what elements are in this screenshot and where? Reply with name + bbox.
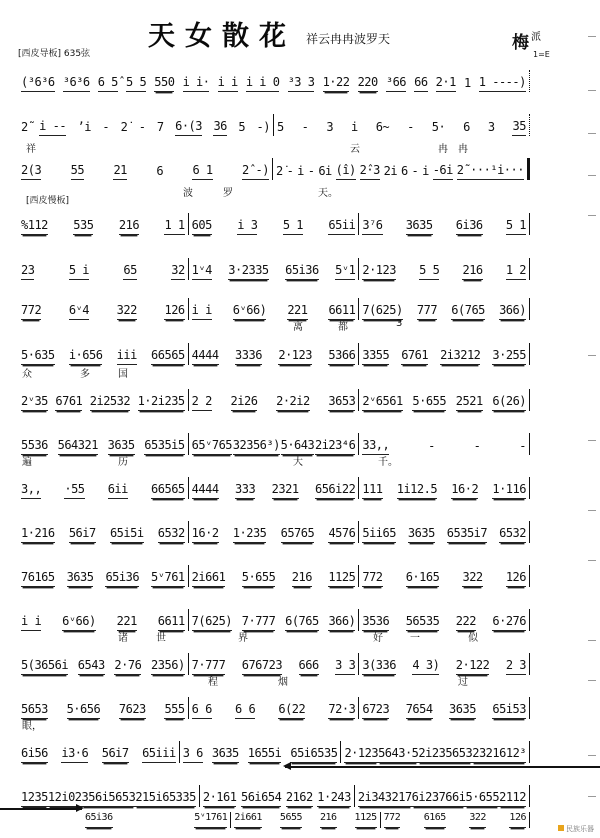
barline bbox=[529, 565, 530, 587]
note-group: 1 ----) bbox=[479, 75, 526, 92]
note-group: 2i661 bbox=[192, 570, 226, 587]
note-group: 65i36 bbox=[105, 570, 139, 587]
measure: 605i 35 165ii bbox=[188, 213, 359, 235]
lyric-char: 烟 bbox=[278, 673, 288, 688]
note-group: 1235 bbox=[21, 790, 48, 807]
note-group: i bbox=[297, 164, 304, 180]
note-group: 2i343217 bbox=[358, 790, 412, 807]
note-group: 2·161 bbox=[203, 790, 237, 807]
note-group: 65iii bbox=[142, 746, 176, 763]
margin-tick bbox=[588, 510, 596, 511]
note-group: 16·2 bbox=[451, 482, 478, 499]
repeat-arrow-left-icon bbox=[285, 766, 600, 768]
margin-tick bbox=[588, 133, 596, 134]
measure: 65i365ᵛ1761 bbox=[82, 812, 230, 828]
measure: 123512i02356i5653215i65335 bbox=[18, 785, 199, 807]
note-group: 76165 bbox=[21, 570, 55, 587]
note-group: 605 bbox=[192, 218, 212, 235]
note-group: 2̇ bbox=[121, 120, 128, 136]
lyric-char: 云 bbox=[350, 140, 360, 155]
notation-line: 2(3552166 12̂ -)2̇-i-6i(î)2̂·32i6-i-6i2̃… bbox=[18, 158, 530, 180]
note-group: 3,, bbox=[21, 482, 41, 499]
note-group: 23 bbox=[21, 263, 34, 280]
measure: 7·7776767236663 3 bbox=[188, 653, 359, 675]
note-group: 65ii bbox=[328, 218, 355, 235]
note-group: - bbox=[302, 120, 309, 136]
repeat-arrow-right-icon bbox=[0, 808, 82, 810]
lyric-char: 冉 bbox=[438, 140, 448, 155]
note-group: i bbox=[422, 164, 429, 180]
note-group: 2·1 bbox=[436, 75, 456, 92]
barline bbox=[529, 298, 530, 320]
notation-line: 2ᵛ3567612i25321·2i2352 22i262·2i236532ᵛ6… bbox=[18, 389, 530, 411]
note-group: 6 bbox=[156, 164, 163, 180]
lyric-char: 都 bbox=[338, 318, 348, 333]
measure: 5-3i6~-5·6335 bbox=[273, 114, 529, 136]
note-group: iii bbox=[117, 348, 137, 365]
lyric-char: 界 bbox=[238, 629, 248, 644]
measure: 2i66156552161125 bbox=[230, 812, 379, 828]
measure: 56535·6567623555 bbox=[18, 697, 188, 719]
barline bbox=[529, 343, 530, 365]
note-group: 3355 bbox=[362, 348, 389, 365]
note-group: 1 2 bbox=[506, 263, 526, 280]
note-group: 5 5 bbox=[419, 263, 439, 280]
note-group: 32 bbox=[171, 263, 184, 280]
note-group: 6532 bbox=[499, 526, 526, 543]
notation-line: (³6³6³6³66 5̂5 5550i i·i ii i 0³3 31·222… bbox=[18, 70, 530, 92]
note-group: 772 bbox=[362, 570, 382, 587]
note-group: 1125 bbox=[355, 811, 377, 828]
lyric-char: 3 bbox=[396, 318, 402, 329]
note-group: 3635 bbox=[67, 570, 94, 587]
note-group: 216 bbox=[292, 570, 312, 587]
note-group: 2·123 bbox=[362, 263, 396, 280]
notation-line: 76165363565i365ᵛ7612i6615·65521611257726… bbox=[18, 565, 530, 587]
barline bbox=[529, 213, 530, 235]
notation-line: 553656432136356535i565ᵛ76532356³)5·6432i… bbox=[18, 433, 530, 455]
note-group: 2̂ -) bbox=[242, 163, 269, 180]
note-group: 2̃ ···¹i··· bbox=[457, 163, 524, 180]
barline bbox=[529, 812, 530, 828]
barline bbox=[529, 70, 530, 92]
measure: 3(3364 3)2·1222 3 bbox=[358, 653, 529, 675]
note-group: 6761 bbox=[55, 394, 82, 411]
barline bbox=[529, 697, 530, 719]
measure: 1·21656i765i5i6532 bbox=[18, 521, 188, 543]
note-group: 6761 bbox=[401, 348, 428, 365]
note-group: 1 1 bbox=[164, 218, 184, 235]
note-group: 1·116 bbox=[492, 482, 526, 499]
margin-tick bbox=[588, 680, 596, 681]
measure: 235 i6532 bbox=[18, 258, 188, 280]
note-group: 5ᵛ1 bbox=[335, 263, 355, 280]
lyric-char: 多 bbox=[80, 365, 90, 380]
note-group: 2·123 bbox=[344, 746, 378, 763]
measure: 444433362·1235366 bbox=[188, 343, 359, 365]
note-group: ³3 3 bbox=[288, 75, 315, 92]
note-group: 6532 bbox=[158, 526, 185, 543]
measure: 2·16156i65421621·243 bbox=[199, 785, 354, 807]
measure: 2·1235 52161 2 bbox=[358, 258, 529, 280]
measure: 2 22i262·2i23653 bbox=[188, 389, 359, 411]
note-group: 5 i bbox=[69, 263, 89, 280]
measure: 7(625)7·7776(765366) bbox=[188, 609, 359, 631]
note-group: 5·635 bbox=[21, 348, 55, 365]
notation-line: 7726ᵛ4322126i i6ᵛ66)22166117(625)7776(76… bbox=[18, 298, 530, 320]
note-group: 55 bbox=[71, 163, 84, 180]
measure: 16·21·235657654576 bbox=[188, 521, 359, 543]
notation-line: 5(3656i65432·762356)7·7776767236663 33(3… bbox=[18, 653, 530, 675]
lyric-char: 波 bbox=[183, 184, 193, 199]
note-group: 6 1 bbox=[192, 163, 212, 180]
note-group: ³6³6 bbox=[63, 75, 90, 92]
note-group: 333 bbox=[235, 482, 255, 499]
margin-tick bbox=[588, 796, 596, 797]
note-group: 2i26 bbox=[231, 394, 258, 411]
note-group: i bbox=[351, 120, 358, 136]
measure: 6 66 66(2272·3 bbox=[188, 697, 359, 719]
note-group: 1·216 bbox=[21, 526, 55, 543]
barline bbox=[529, 741, 530, 763]
note-group: 216 bbox=[320, 811, 337, 828]
measure: i i6ᵛ66)2216611 bbox=[18, 609, 188, 631]
lyric-char: 祥 bbox=[26, 140, 36, 155]
barline bbox=[529, 609, 530, 631]
note-group: 4576 bbox=[328, 526, 355, 543]
note-group: 2321612³ bbox=[472, 746, 526, 763]
note-group: - bbox=[412, 164, 419, 180]
note-group: 2112 bbox=[499, 790, 526, 807]
note-group: 35 bbox=[512, 119, 525, 136]
note-group: - bbox=[287, 164, 294, 180]
note-group: 5655 bbox=[280, 811, 302, 828]
lyric-char: 众 bbox=[22, 365, 32, 380]
lyric-char: 一 bbox=[410, 629, 420, 644]
measure: 7726ᵛ4322126 bbox=[18, 298, 188, 320]
note-group: 126 bbox=[509, 811, 526, 828]
note-group: 2̃ bbox=[21, 120, 28, 136]
note-group: 356i5653 bbox=[82, 790, 136, 807]
note-group: 656i22 bbox=[315, 482, 355, 499]
barline bbox=[529, 785, 530, 807]
key-signature: 1=E bbox=[533, 50, 550, 59]
note-group: 216 bbox=[119, 218, 139, 235]
note-group: 6i bbox=[318, 164, 331, 180]
note-group: 65i5i bbox=[110, 526, 144, 543]
note-group: i 3 bbox=[237, 218, 257, 235]
notation-line: 1·21656i765i5i653216·21·2356576545765ii6… bbox=[18, 521, 530, 543]
note-group: ʼi bbox=[78, 120, 91, 136]
margin-tick bbox=[588, 90, 596, 91]
measure: 1111i12.516·21·116 bbox=[358, 477, 529, 499]
note-group: 2̂·3 bbox=[360, 163, 380, 180]
note-group: (î) bbox=[336, 163, 356, 180]
lyric-char: 大 bbox=[293, 453, 303, 468]
lyrics-line: 程烟过 bbox=[18, 673, 538, 687]
note-group: 5 1 bbox=[506, 218, 526, 235]
note-group: 5ᵛ761 bbox=[151, 570, 185, 587]
note-group: %112 bbox=[21, 218, 48, 235]
note-group: 1ᵛ4 bbox=[192, 263, 212, 280]
note-group: i i bbox=[218, 75, 238, 92]
note-group: 1125 bbox=[328, 570, 355, 587]
note-group: 2·123 bbox=[278, 348, 312, 365]
measure: 1ᵛ43·233565i365ᵛ1 bbox=[188, 258, 359, 280]
note-group: 66565 bbox=[151, 348, 185, 365]
watermark: 民族乐器 bbox=[558, 824, 594, 834]
barline bbox=[529, 433, 530, 455]
measure: 3 636351655i65i6535 bbox=[179, 741, 341, 763]
note-group: 1655i bbox=[248, 746, 282, 763]
note-group: 220 bbox=[358, 75, 378, 92]
note-group: 65 bbox=[123, 263, 136, 280]
note-group: 772 bbox=[384, 811, 401, 828]
note-group: i·656 bbox=[69, 348, 103, 365]
watermark-text: 民族乐器 bbox=[566, 825, 594, 833]
note-group: 6·165 bbox=[406, 570, 440, 587]
note-group: ³66 bbox=[386, 75, 406, 92]
note-group: -) bbox=[257, 120, 270, 136]
note-group: 6535i7 bbox=[447, 526, 487, 543]
note-group: 2(3 bbox=[21, 163, 41, 180]
lyric-char: 历 bbox=[118, 453, 128, 468]
lyric-char: 离 bbox=[293, 318, 303, 333]
note-group: 65i36 bbox=[85, 811, 113, 828]
note-group: 2 2 bbox=[192, 394, 212, 411]
note-group: 3⁷6 bbox=[362, 218, 382, 235]
measure: 2ᵛ3567612i25321·2i235 bbox=[18, 389, 188, 411]
measure: 3,,·556ii66565 bbox=[18, 477, 188, 499]
note-group: 6 5̂ bbox=[98, 75, 118, 92]
score-subtitle: 祥云冉冉波罗天 bbox=[306, 30, 390, 47]
note-group: 2i235653 bbox=[418, 746, 472, 763]
barline bbox=[529, 477, 530, 499]
note-group: 6~ bbox=[376, 120, 389, 136]
note-group: 65i6535 bbox=[290, 746, 337, 763]
measure: 335567612i32123·255 bbox=[358, 343, 529, 365]
barline bbox=[529, 114, 530, 136]
measure: 2·1235643·52i2356532321612³ bbox=[340, 741, 529, 763]
note-group: 550 bbox=[154, 75, 174, 92]
measure: 65ᵛ76532356³)5·6432i23⁴6 bbox=[188, 433, 359, 455]
measure: 7726165322126 bbox=[380, 812, 529, 828]
note-group: 1·2i235 bbox=[138, 394, 185, 411]
note-group: 535 bbox=[73, 218, 93, 235]
note-group: 36 bbox=[213, 119, 226, 136]
barline bbox=[529, 653, 530, 675]
note-group: 1·235 bbox=[233, 526, 267, 543]
margin-tick bbox=[588, 640, 596, 641]
note-group: 4444 bbox=[192, 482, 219, 499]
lyric-char: 程 bbox=[208, 673, 218, 688]
note-group: 3635 bbox=[212, 746, 239, 763]
note-group: 111 bbox=[362, 482, 382, 499]
note-group: 3635 bbox=[408, 526, 435, 543]
note-group: 21 bbox=[113, 163, 126, 180]
note-group: 2ᵛ6561 bbox=[362, 394, 402, 411]
note-group: 56i654 bbox=[241, 790, 281, 807]
note-group: 6(26) bbox=[492, 394, 526, 411]
lyric-char: 眼， bbox=[22, 717, 42, 732]
margin-tick bbox=[588, 36, 596, 37]
note-group: 3 bbox=[326, 120, 333, 136]
note-group: 2·2i2 bbox=[276, 394, 310, 411]
lyric-char: 千。 bbox=[378, 453, 398, 468]
margin-tick bbox=[588, 355, 596, 356]
measure: 33,,--- bbox=[358, 433, 529, 455]
notation-line: i i6ᵛ66)22166117(625)7·7776(765366)35365… bbox=[18, 609, 530, 631]
note-group: 5·655 bbox=[465, 790, 499, 807]
measure: 3536565352226·276 bbox=[358, 609, 529, 631]
note-group: 5 1 bbox=[283, 218, 303, 235]
note-group: 6ii bbox=[108, 482, 128, 499]
note-group: 6165 bbox=[424, 811, 446, 828]
note-group: 2321 bbox=[272, 482, 299, 499]
notation-line: 235 i65321ᵛ43·233565i365ᵛ12·1235 52161 2 bbox=[18, 258, 530, 280]
measure: %1125352161 1 bbox=[18, 213, 188, 235]
note-group: 6i36 bbox=[456, 218, 483, 235]
barline bbox=[527, 158, 530, 180]
note-group: - bbox=[102, 120, 109, 136]
notation-line: 5·635i·656iii66565444433362·123536633556… bbox=[18, 343, 530, 365]
note-group: 6·(3 bbox=[175, 119, 202, 136]
measure: 3⁷636356i365 1 bbox=[358, 213, 529, 235]
note-group: -6i bbox=[433, 163, 453, 180]
measure: 2(3552166 12̂ -) bbox=[18, 158, 272, 180]
measure: 7(625)7776(765366) bbox=[358, 298, 529, 320]
note-group: 322 bbox=[462, 570, 482, 587]
measure: (³6³6³6³66 5̂5 5550i i·i ii i 0³3 31·222… bbox=[18, 70, 529, 92]
measure: 67237654363565i53 bbox=[358, 697, 529, 719]
lyrics-line: 波罗天。 bbox=[18, 184, 538, 198]
note-group: 3635 bbox=[406, 218, 433, 235]
note-group: 65i36 bbox=[285, 263, 319, 280]
note-group: i -- bbox=[39, 119, 66, 136]
notation-line: 65i365ᵛ17612i661565521611257726165322126 bbox=[82, 812, 530, 828]
measure: 76165363565i365ᵛ761 bbox=[18, 565, 188, 587]
lyric-char: 国 bbox=[118, 365, 128, 380]
note-group: i i· bbox=[183, 75, 210, 92]
note-group: 5 bbox=[238, 120, 245, 136]
note-group: 5643·5 bbox=[378, 746, 418, 763]
score-page: 天女散花 祥云冉冉波罗天 梅派 1=E [西皮导板] 635弦 [西皮慢板] (… bbox=[0, 0, 600, 838]
note-group: 16·2 bbox=[192, 526, 219, 543]
margin-tick bbox=[588, 175, 596, 176]
measure: 2ᵛ65615·65525216(26) bbox=[358, 389, 529, 411]
note-group: 126 bbox=[506, 570, 526, 587]
measure: 5(3656i65432·762356) bbox=[18, 653, 188, 675]
note-group: 5ᵛ1761 bbox=[194, 811, 227, 828]
note-group: 5 5 bbox=[126, 75, 146, 92]
lyric-char: 似 bbox=[468, 629, 478, 644]
note-group: 5ii65 bbox=[362, 526, 396, 543]
note-group: 1 bbox=[464, 76, 471, 92]
lyrics-line: 众多国 bbox=[18, 365, 538, 379]
note-group: 6 bbox=[463, 120, 470, 136]
note-group: i i 0 bbox=[246, 75, 280, 92]
lyric-char: 遍 bbox=[22, 453, 32, 468]
note-group: 215i65335 bbox=[135, 790, 196, 807]
barline bbox=[529, 389, 530, 411]
note-group: 56i7 bbox=[69, 526, 96, 543]
notation-line: 3,,·556ii6656544443332321656i221111i12.5… bbox=[18, 477, 530, 499]
lyric-char: 诸 bbox=[118, 629, 128, 644]
note-group: - bbox=[407, 120, 414, 136]
note-group: 2i661 bbox=[234, 811, 262, 828]
note-group: 7 bbox=[157, 120, 164, 136]
score-title: 天女散花 bbox=[148, 14, 296, 53]
note-group: 3336 bbox=[235, 348, 262, 365]
note-group: 322 bbox=[469, 811, 486, 828]
note-group: 66565 bbox=[151, 482, 185, 499]
note-group: 1·243 bbox=[317, 790, 351, 807]
margin-tick bbox=[588, 440, 596, 441]
lyric-char: 好 bbox=[373, 629, 383, 644]
lyrics-line: 离都3 bbox=[18, 318, 538, 332]
logo-icon bbox=[558, 825, 564, 831]
note-group: 2̇ bbox=[276, 164, 283, 180]
note-group: 56i7 bbox=[102, 746, 129, 763]
note-group: 216 bbox=[462, 263, 482, 280]
measure: 44443332321656i22 bbox=[188, 477, 359, 499]
note-group: 1·22 bbox=[323, 75, 350, 92]
note-group: 3 bbox=[488, 120, 495, 136]
note-group: 2i2532 bbox=[90, 394, 130, 411]
lyric-char: 罗 bbox=[223, 184, 233, 199]
notation-line: %1125352161 1605i 35 165ii3⁷636356i365 1 bbox=[18, 213, 530, 235]
measure: 5·635i·656iii66565 bbox=[18, 343, 188, 365]
note-group: (³6³6 bbox=[21, 75, 55, 92]
measure: 2̃i --ʼi-2̇-76·(3365-) bbox=[18, 114, 273, 136]
note-group: ·55 bbox=[64, 482, 84, 499]
note-group: 3653 bbox=[328, 394, 355, 411]
notation-line: 56535·65676235556 66 66(2272·36723765436… bbox=[18, 697, 530, 719]
notation-line: 6i56i3·656i765iii3 636351655i65i65352·12… bbox=[18, 741, 530, 763]
note-group: 6i56 bbox=[21, 746, 48, 763]
note-group: - bbox=[308, 164, 315, 180]
margin-tick bbox=[588, 215, 596, 216]
lyric-char: 世 bbox=[156, 629, 166, 644]
lyrics-line: 眼， bbox=[18, 717, 538, 731]
note-group: 3·2335 bbox=[228, 263, 268, 280]
intro-section-label: [西皮导板] 635弦 bbox=[18, 46, 90, 59]
lyric-char: 天。 bbox=[318, 184, 338, 199]
lyrics-line: 遍历大千。 bbox=[18, 453, 538, 467]
school-name: 梅 bbox=[512, 33, 529, 53]
lyrics-line: 诸世界好一似 bbox=[18, 629, 538, 643]
note-group: 2521 bbox=[456, 394, 483, 411]
margin-tick bbox=[588, 755, 596, 756]
note-group: 3 6 bbox=[183, 746, 203, 763]
note-group: 5 bbox=[277, 120, 284, 136]
note-group: 2ᵛ35 bbox=[21, 394, 48, 411]
note-group: 5·655 bbox=[242, 570, 276, 587]
measure: i i6ᵛ66)2216611 bbox=[188, 298, 359, 320]
note-group: 2162 bbox=[286, 790, 313, 807]
measure: 553656432136356535i5 bbox=[18, 433, 188, 455]
school-suffix: 派 bbox=[531, 32, 541, 43]
barline bbox=[529, 258, 530, 280]
note-group: - bbox=[139, 120, 146, 136]
barline bbox=[529, 521, 530, 543]
note-group: 1i12.5 bbox=[397, 482, 437, 499]
note-group: 2i3212 bbox=[440, 348, 480, 365]
note-group: 5· bbox=[432, 120, 445, 136]
lyrics-line: 祥云冉冉 bbox=[18, 140, 538, 154]
measure: 7726·165322126 bbox=[358, 565, 529, 587]
note-group: i3·6 bbox=[61, 746, 88, 763]
